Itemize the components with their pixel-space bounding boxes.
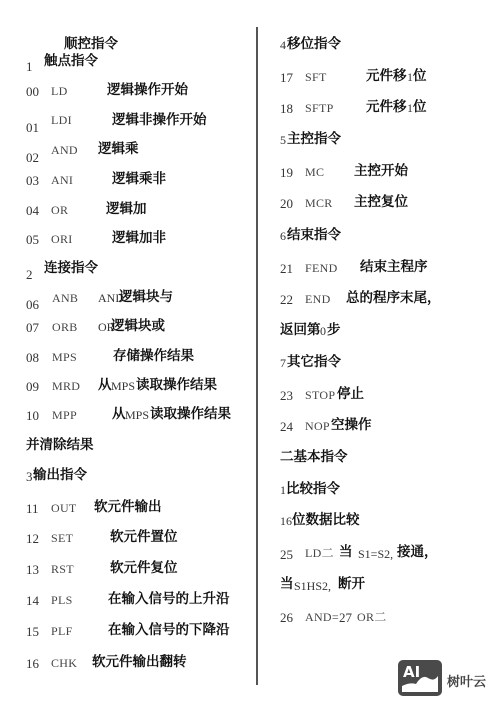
instruction-code: MRD — [52, 380, 80, 392]
instruction-code: PLF — [51, 625, 73, 637]
section-number: 5 — [280, 134, 286, 146]
instruction-code: LD二 — [305, 547, 334, 559]
row-number: 18 — [280, 102, 293, 115]
section-number: 6 — [280, 230, 286, 242]
instruction-desc-a: 从 — [112, 408, 126, 422]
instruction-code: ORI — [51, 233, 73, 245]
section-number: 2 — [26, 268, 33, 281]
instruction-desc: 逻辑块与 — [119, 291, 173, 305]
row-number: 19 — [280, 166, 293, 179]
instruction-desc: 在输入信号的上升沿 — [108, 593, 230, 607]
condition-expr: S1=S2, — [358, 548, 393, 560]
row-number: 20 — [280, 197, 293, 210]
instruction-desc-b: 位 — [413, 101, 427, 115]
instruction-code: OR二 — [357, 611, 387, 623]
continuation-text-b: 步 — [327, 324, 341, 338]
instruction-desc: 停止 — [337, 388, 364, 402]
section-heading: 主控指令 — [287, 133, 341, 147]
instruction-code: END — [305, 293, 331, 305]
row-number: 10 — [26, 409, 39, 422]
condition-word: 当 — [339, 546, 353, 560]
row-number: 06 — [26, 298, 39, 311]
instruction-desc: 逻辑非操作开始 — [112, 114, 207, 128]
instruction-desc: 读取操作结果 — [150, 408, 231, 422]
condition-result: 断开 — [338, 578, 365, 592]
instruction-desc-a: 元件移 — [366, 101, 407, 115]
section-heading: 触点指令 — [44, 55, 98, 69]
instruction-code: SET — [51, 532, 73, 544]
row-number: 00 — [26, 85, 39, 98]
instruction-desc: 读取操作结果 — [136, 379, 217, 393]
row-number: 24 — [280, 420, 293, 433]
row-number: 05 — [26, 233, 39, 246]
section-heading: 输出指令 — [33, 469, 87, 483]
condition-word: 当 — [280, 578, 294, 592]
row-number: 22 — [280, 293, 293, 306]
row-number: 14 — [26, 594, 39, 607]
row-number: 02 — [26, 151, 39, 164]
instruction-desc-b: 位 — [413, 70, 427, 84]
part-heading: 二基本指令 — [280, 451, 348, 465]
row-number: 01 — [26, 121, 39, 134]
continuation-text: 并清除结果 — [26, 439, 94, 453]
section-number: 7 — [280, 357, 286, 369]
instruction-code: LD — [51, 85, 68, 97]
instruction-desc: 主控开始 — [354, 165, 408, 179]
subsection-line-number: 16 — [280, 515, 292, 527]
section-heading: 移位指令 — [287, 38, 341, 52]
instruction-code: LDI — [51, 114, 72, 126]
logo-ai-text: AI — [403, 663, 420, 681]
column-divider — [256, 27, 258, 685]
instruction-code: ANI — [51, 174, 73, 186]
instruction-desc: 结束主程序 — [360, 261, 428, 275]
instruction-desc: 逻辑操作开始 — [107, 84, 188, 98]
instruction-code: OUT — [51, 502, 77, 514]
row-number: 27 — [339, 611, 352, 624]
instruction-desc: 软元件复位 — [110, 562, 178, 576]
instruction-desc: 存储操作结果 — [113, 350, 194, 364]
instruction-code: PLS — [51, 594, 73, 606]
instruction-code: ORB — [52, 321, 78, 333]
section-number: 3 — [26, 470, 33, 483]
row-number: 25 — [280, 548, 293, 561]
row-number: 11 — [26, 502, 39, 515]
instruction-code: MPP — [52, 409, 77, 421]
instruction-desc: 在输入信号的下降沿 — [108, 624, 230, 638]
instruction-desc: 软元件置位 — [110, 531, 178, 545]
instruction-code: AND — [51, 144, 78, 156]
instruction-desc: 逻辑加非 — [112, 232, 166, 246]
instruction-code: MCR — [305, 197, 333, 209]
row-number: 04 — [26, 204, 39, 217]
instruction-desc-a: 从 — [98, 379, 112, 393]
instruction-code: ANB — [52, 292, 78, 304]
instruction-desc-a: 元件移 — [366, 70, 407, 84]
watermark-logo: AI — [398, 660, 442, 696]
instruction-code: RST — [51, 563, 74, 575]
instruction-code: MPS — [52, 351, 77, 363]
row-number: 03 — [26, 174, 39, 187]
row-number: 15 — [26, 625, 39, 638]
instruction-code: SFT — [305, 71, 327, 83]
instruction-code: SFTP — [305, 102, 334, 114]
instruction-desc: 逻辑乘 — [98, 143, 139, 157]
row-number: 09 — [26, 380, 39, 393]
row-number: 21 — [280, 262, 293, 275]
instruction-desc: 软元件输出 — [94, 501, 162, 515]
instruction-desc: 逻辑块或 — [111, 320, 165, 334]
instruction-code: CHK — [51, 657, 77, 669]
instruction-code: AND= — [305, 611, 339, 623]
instruction-desc: 逻辑加 — [106, 203, 147, 217]
row-number: 26 — [280, 611, 293, 624]
section-heading: 结束指令 — [287, 229, 341, 243]
watermark-brand: 树叶云 — [447, 671, 486, 690]
row-number: 17 — [280, 71, 293, 84]
instruction-code: FEND — [305, 262, 338, 274]
row-number: 07 — [26, 321, 39, 334]
condition-expr: S1HS2, — [294, 580, 331, 592]
instruction-desc: 逻辑乘非 — [112, 173, 166, 187]
section-heading: 其它指令 — [287, 356, 341, 370]
instruction-desc: 总的程序末尾， — [346, 292, 441, 306]
instruction-code: STOP — [305, 389, 335, 401]
section-heading: 连接指令 — [44, 262, 98, 276]
continuation-text-a: 返回第 — [280, 324, 321, 338]
instruction-desc: 软元件输出翻转 — [92, 656, 187, 670]
row-number: 12 — [26, 532, 39, 545]
instruction-desc-prefix: MPS — [125, 409, 149, 421]
subsection-line-label: 位数据比较 — [292, 514, 360, 528]
instruction-desc-prefix: MPS — [111, 380, 135, 392]
instruction-desc: 主控复位 — [354, 196, 408, 210]
section-number: 4 — [280, 39, 286, 51]
row-number: 13 — [26, 563, 39, 576]
instruction-desc: 空操作 — [331, 419, 372, 433]
row-number: 16 — [26, 657, 39, 670]
instruction-code: OR — [51, 204, 68, 216]
continuation-num: 0 — [320, 325, 326, 337]
instruction-code: NOP — [305, 420, 330, 432]
row-number: 23 — [280, 389, 293, 402]
page-title: 顺控指令 — [64, 38, 118, 52]
instruction-code: MC — [305, 166, 324, 178]
section-number: 1 — [26, 60, 33, 73]
row-number: 08 — [26, 351, 39, 364]
condition-result: 接通， — [397, 546, 438, 560]
subsection-heading: 比较指令 — [286, 483, 340, 497]
